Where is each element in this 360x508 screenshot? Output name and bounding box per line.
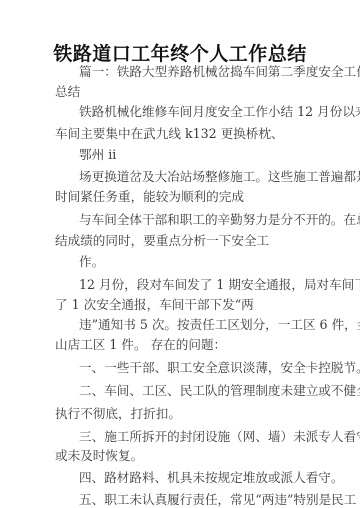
paragraph-line: 执行不彻底，打折扣。 <box>55 406 181 422</box>
paragraph-line: 车间主要集中在武九线 k132 更换桥枕、 <box>55 126 284 142</box>
paragraph-line: 五、职工未认真履行责任，常见“两违”特别是民工 <box>79 492 356 508</box>
document-page: 铁路道口工年终个人工作总结 篇一：铁路大型养路机械岔捣车间第二季度安全工作总结铁… <box>0 0 360 508</box>
paragraph-line: 结成绩的同时，要重点分析一下安全工 <box>55 233 269 249</box>
paragraph-line: 或未及时恢复。 <box>55 448 143 464</box>
paragraph-line: 铁路机械化维修车间月度安全工作小结 12 月份以来， <box>79 104 360 120</box>
paragraph-line: 四、路材路料、机具未按规定堆放或派人看守。 <box>79 470 343 486</box>
paragraph-line: 违”通知书 5 次。按责任工区划分，一工区 6 件，金 <box>79 317 360 333</box>
paragraph-line: 一、一些干部、职工安全意识淡薄，安全卡控脱节。 <box>79 360 360 376</box>
paragraph-line: 鄂州 ii <box>79 147 116 163</box>
paragraph-line: 时间紧任务重，能较为顺利的完成 <box>55 189 244 205</box>
paragraph-line: 山店工区 1 件。 存在的问题： <box>55 337 226 353</box>
paragraph-line: 篇一：铁路大型养路机械岔捣车间第二季度安全工作 <box>79 64 360 80</box>
paragraph-line: 场更换道岔及大冶站场整修施工。这些施工普遍都是 <box>79 169 360 185</box>
document-title: 铁路道口工年终个人工作总结 <box>0 39 360 66</box>
paragraph-line: 总结 <box>55 84 80 100</box>
paragraph-line: 三、施工所拆开的封闭设施（网、墙）未派专人看守 <box>79 429 360 445</box>
paragraph-line: 二、车间、工区、民工队的管理制度未建立或不健全， <box>79 383 360 399</box>
paragraph-line: 作。 <box>79 254 104 270</box>
paragraph-line: 与车间全体干部和职工的辛勤努力是分不开的。在总 <box>79 212 360 228</box>
paragraph-line: 12 月份，段对车间发了 1 期安全通报，局对车间下发 <box>79 277 360 293</box>
paragraph-line: 了 1 次安全通报，车间干部下发“两 <box>55 297 254 313</box>
